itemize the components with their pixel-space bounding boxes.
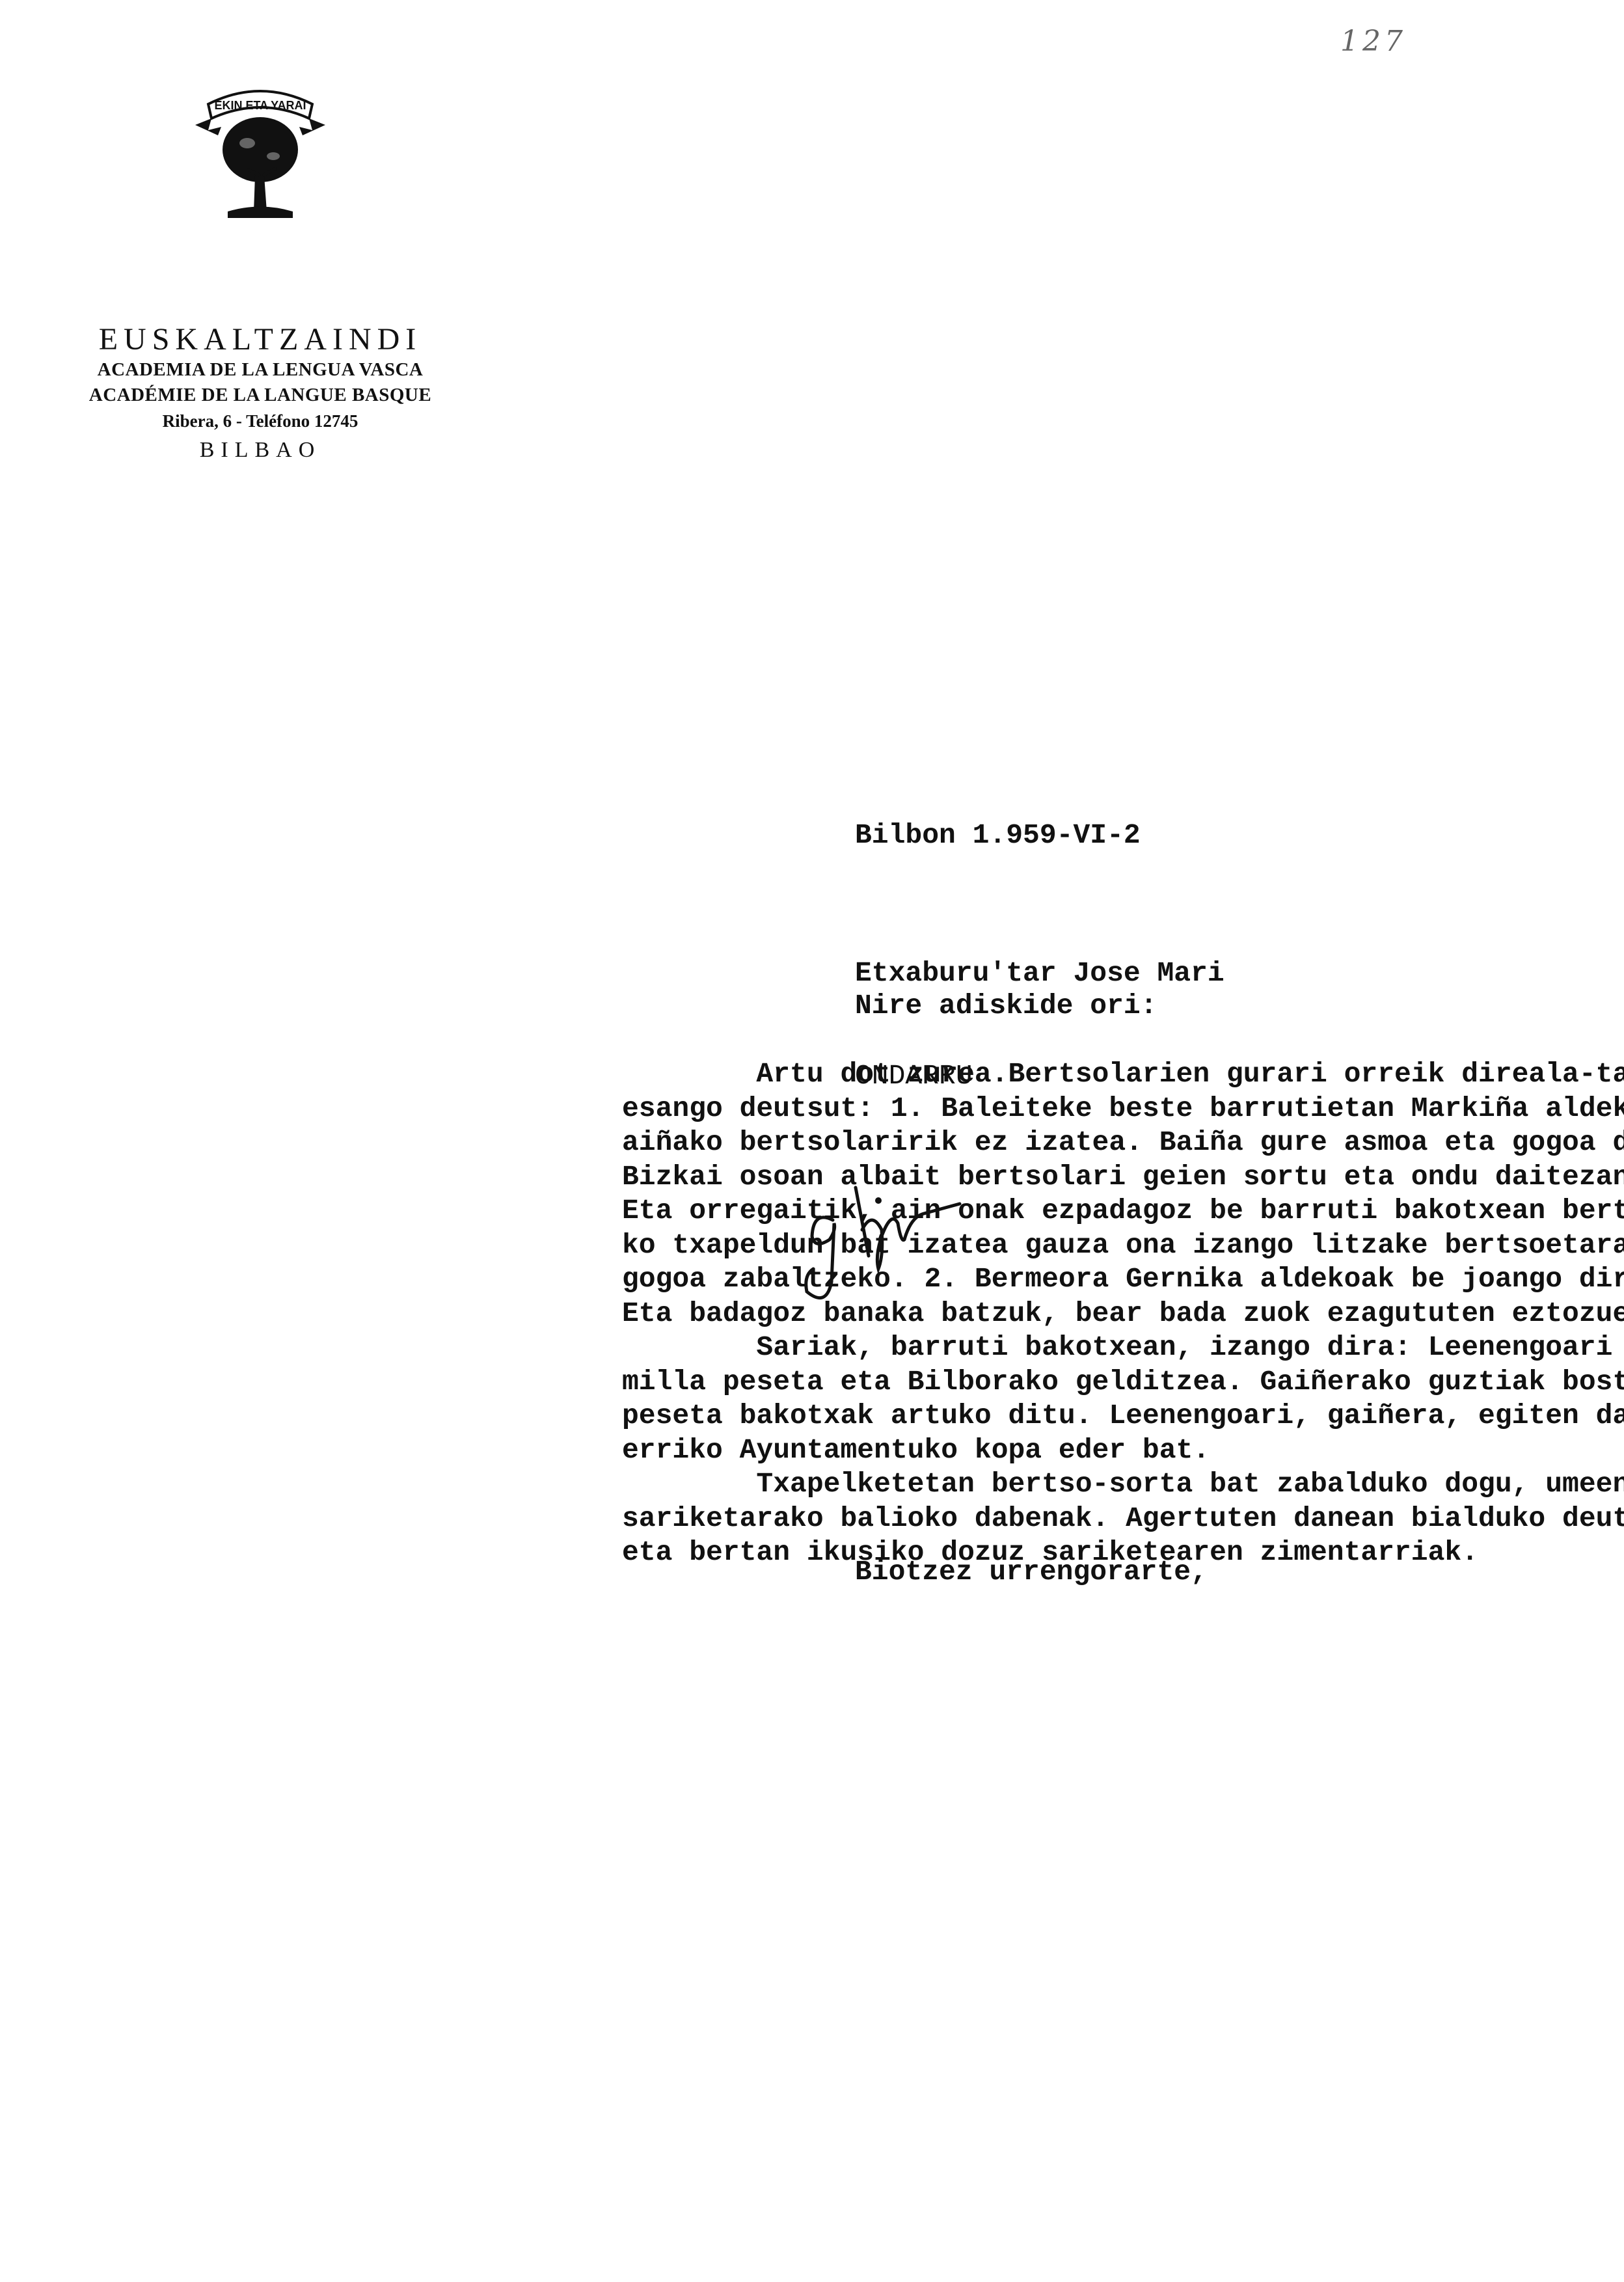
letter-body-line: Sariak, barruti bakotxean, izango dira: … <box>622 1331 1624 1365</box>
letter-body-line: Eta badagoz banaka batzuk, bear bada zuo… <box>622 1297 1624 1331</box>
greeting: Nire adiskide ori: <box>855 989 1157 1024</box>
letterhead: EKIN ETA YARAI EUSKALTZAINDI ACADEMIA DE… <box>65 78 455 467</box>
academy-subtitle-es: ACADEMIA DE LA LENGUA VASCA <box>65 357 455 383</box>
letter-body-line: ko txapeldun bat izatea gauza ona izango… <box>622 1229 1624 1263</box>
addressee-name: Etxaburu'tar Jose Mari <box>855 957 1225 991</box>
letter-body-line: Txapelketetan bertso-sorta bat zabalduko… <box>622 1467 1624 1502</box>
letter-body-line: esango deutsut: 1. Baleiteke beste barru… <box>622 1092 1624 1126</box>
letter-body: Artu dot zurea.Bertsolarien gurari orrei… <box>622 1057 1624 1570</box>
letter-body-line: Artu dot zurea.Bertsolarien gurari orrei… <box>622 1057 1624 1092</box>
letter: Bilbon 1.959-VI-2 Etxaburu'tar Jose Mari… <box>311 410 1612 615</box>
academy-subtitle-fr: ACADÉMIE DE LA LANGUE BASQUE <box>65 383 455 408</box>
letter-date: Bilbon 1.959-VI-2 <box>855 819 1141 853</box>
letter-body-line: peseta bakotxak artuko ditu. Leenengoari… <box>622 1399 1624 1433</box>
svg-text:EKIN ETA YARAI: EKIN ETA YARAI <box>214 99 306 112</box>
closing: Biotzez urrengorarte, <box>855 1555 1208 1590</box>
letter-body-line: sariketarako balioko dabenak. Agertuten … <box>622 1502 1624 1536</box>
letter-body-line: Eta orregaitik, ain onak ezpadagoz be ba… <box>622 1194 1624 1229</box>
letter-body-line: gogoa zabaltzeko. 2. Bermeora Gernika al… <box>622 1262 1624 1297</box>
page-number-handwritten: 127 <box>1340 25 1407 58</box>
handwritten-signature-icon <box>800 1184 1015 1314</box>
oak-tree-emblem-icon: EKIN ETA YARAI <box>182 78 338 228</box>
letter-body-line: Bizkai osoan albait bertsolari geien sor… <box>622 1160 1624 1195</box>
letter-body-line: erriko Ayuntamentuko kopa eder bat. <box>622 1433 1624 1468</box>
letter-body-line: aiñako bertsolaririk ez izatea. Baiña gu… <box>622 1126 1624 1160</box>
letter-body-line: milla peseta eta Bilborako gelditzea. Ga… <box>622 1365 1624 1400</box>
academy-name: EUSKALTZAINDI <box>65 322 455 357</box>
